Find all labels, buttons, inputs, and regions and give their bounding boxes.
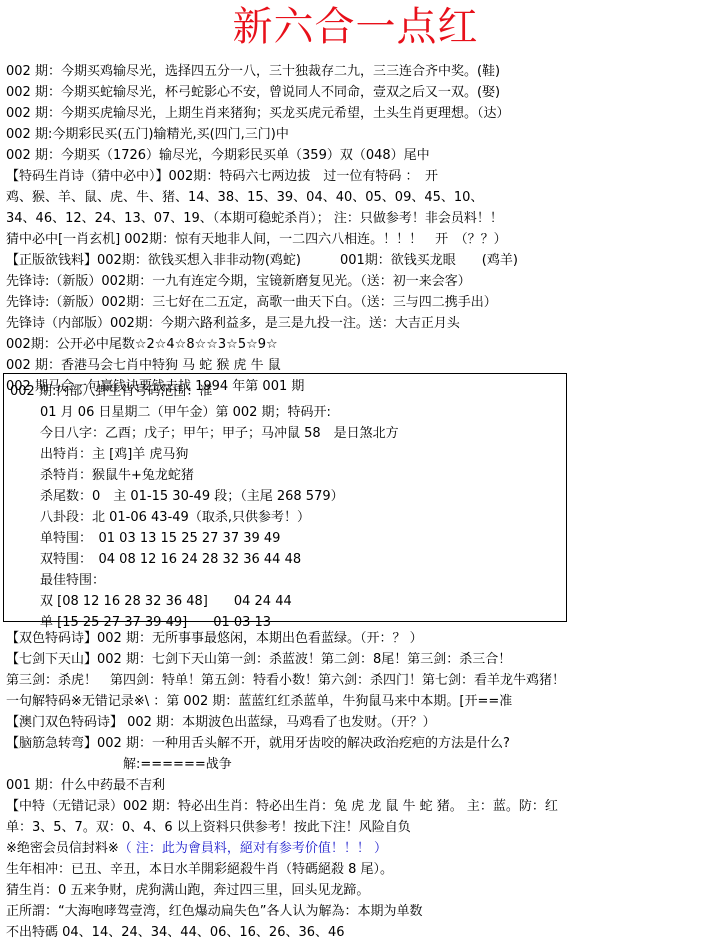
text-line: 解:======战争 <box>6 757 232 777</box>
text-line: 单：3、5、7。双：0、4、6 以上资料只供参考！按此下注！风险自负 <box>6 820 411 840</box>
text-line: 【七剑下天山】002 期：七剑下天山第一剑：杀蓝波！第二剑：8尾！第三剑：杀三合… <box>6 652 511 672</box>
page-title: 新六合一点红 <box>0 2 711 52</box>
text-line: 002 期：今期买蛇输尽光，杯弓蛇影心不安，曾说同人不同命，壹双之后又一双。(娶… <box>6 85 500 105</box>
text-line: 生年相冲：已丑、辛丑，本日水羊開彩絕殺牛肖（特碼絕殺 8 尾）。 <box>6 862 393 882</box>
text-line: 002 期：今期买虎输尽光，上期生肖来猪狗；买龙买虎元希望，土头生肖更理想。（达… <box>6 106 509 126</box>
text-line: 正所謂：“大海咆哮驾壹湾，红色爆动扁失色”各人认为解為：本期为单数 <box>6 904 422 924</box>
text-line: 不出特碼 04、14、24、34、44、06、16、26、36、46 <box>6 925 345 941</box>
text-line: 猜中必中[一肖玄机] 002期：惊有天地非人间，一二四六八相连。！！！ 开 （？… <box>6 232 507 252</box>
text-line: 002 期：今期买鸡输尽光，选择四五分一八，三十独裁存二九，三三连合齐中奖。(鞋… <box>6 64 500 84</box>
text-line: 先锋诗:（新版）002期：一九有连定今期，宝镜新磨复见光。（送：初一来会客） <box>6 274 471 294</box>
box-line: 双特围： 04 08 12 16 24 28 32 36 44 48 <box>40 552 301 572</box>
box-line: 今日八字：乙酉；戊子；甲午；甲子；马冲鼠 58 是日煞北方 <box>40 426 399 446</box>
text-line: 002期：公开必中尾数☆2☆4☆8☆☆3☆5☆9☆ <box>6 337 278 357</box>
vip-note: （ 注：此为會員料，絕对有参考价值！！！ ） <box>119 841 387 856</box>
text-line: 002 期：今期买（1726）输尽光，今期彩民买单（359）双（048）尾中 <box>6 148 430 168</box>
text-line: 猜生肖：0 五来争财，虎狗满山跑，奔过四三里，回头见龙蹄。 <box>6 883 369 903</box>
text-line: 【脑筋急转弯】002 期：一种用舌头解不开，就用牙齿咬的解决政治疙疤的方法是什么… <box>6 736 510 756</box>
text-line: 【双色特码诗】002 期：无所事事最悠闲，本期出色看蓝绿。（开：？ ） <box>6 631 423 651</box>
box-line: 八卦段：北 01-06 43-49（取杀,只供参考！） <box>40 510 310 530</box>
vip-label: ※绝密会员信封料※ <box>6 841 119 856</box>
text-line: 先锋诗:（新版）002期：三七好在二五定，高歌一曲天下白。（送：三与四二携手出） <box>6 295 497 315</box>
best-double: 双 [08 12 16 28 32 36 48] 04 24 44 <box>40 594 292 614</box>
text-line: 先锋诗（内部版）002期：今期六路利益多，是三是九投一注。送：大吉正月头 <box>6 316 460 336</box>
text-line: 【正版欲钱料】002期：欲钱买想入非非动物(鸡蛇) 001期：欲钱买龙眼 (鸡羊… <box>6 253 518 273</box>
vip-line: ※绝密会员信封料※（ 注：此为會員料，絕对有参考价值！！！ ） <box>6 841 387 861</box>
text-line: 【中特（无错记录）002 期：特必出生肖：特必出生肖：兔 虎 龙 鼠 牛 蛇 猪… <box>6 799 558 819</box>
box-line: 杀尾数：0 主 01-15 30-49 段；（主尾 268 579） <box>40 489 344 509</box>
text-line: 鸡、猴、羊、鼠、虎、牛、猪、14、38、15、39、04、40、05、09、45… <box>6 190 483 210</box>
text-line: 第三剑：杀虎！ 第四剑：特单！第五剑：特看小数！第六剑：杀四门！第七剑：看羊龙牛… <box>6 673 565 693</box>
box-line: 单特围： 01 03 13 15 25 27 37 39 49 <box>40 531 280 551</box>
box-line: 杀特肖：猴鼠牛+兔龙蛇猪 <box>40 468 194 488</box>
text-line: 001 期：什么中药最不吉利 <box>6 778 165 798</box>
text-line: 002 期:今期彩民买(五门)输精光,买(四门,三门)中 <box>6 127 289 147</box>
box-line: 01 月 06 日星期二（甲午金）第 002 期；特码开: <box>40 405 331 425</box>
text-line: 一句解特码※无错记录※\ ：第 002 期：蓝蓝红红杀蓝单，牛狗鼠马来中本期。[… <box>6 694 512 714</box>
box-line: 最佳特围： <box>40 573 105 593</box>
text-line: 【特码生肖诗（猜中必中）】002期：特码六七两边拔 过一位有特码 ： 开 <box>6 169 438 189</box>
box-line: 出特肖：主 [鸡]羊 虎马狗 <box>40 447 188 467</box>
box-header: 002 期:内部八卦生肖号码范围：准 <box>10 384 212 404</box>
text-line: 【澳门双色特码诗】 002 期：本期波色出蓝绿，马鸡看了也发财。（开？） <box>6 715 436 735</box>
text-line: 34、46、12、24、13、07、19、（本期可稳蛇杀肖）； 注：只做参考！非… <box>6 211 503 231</box>
